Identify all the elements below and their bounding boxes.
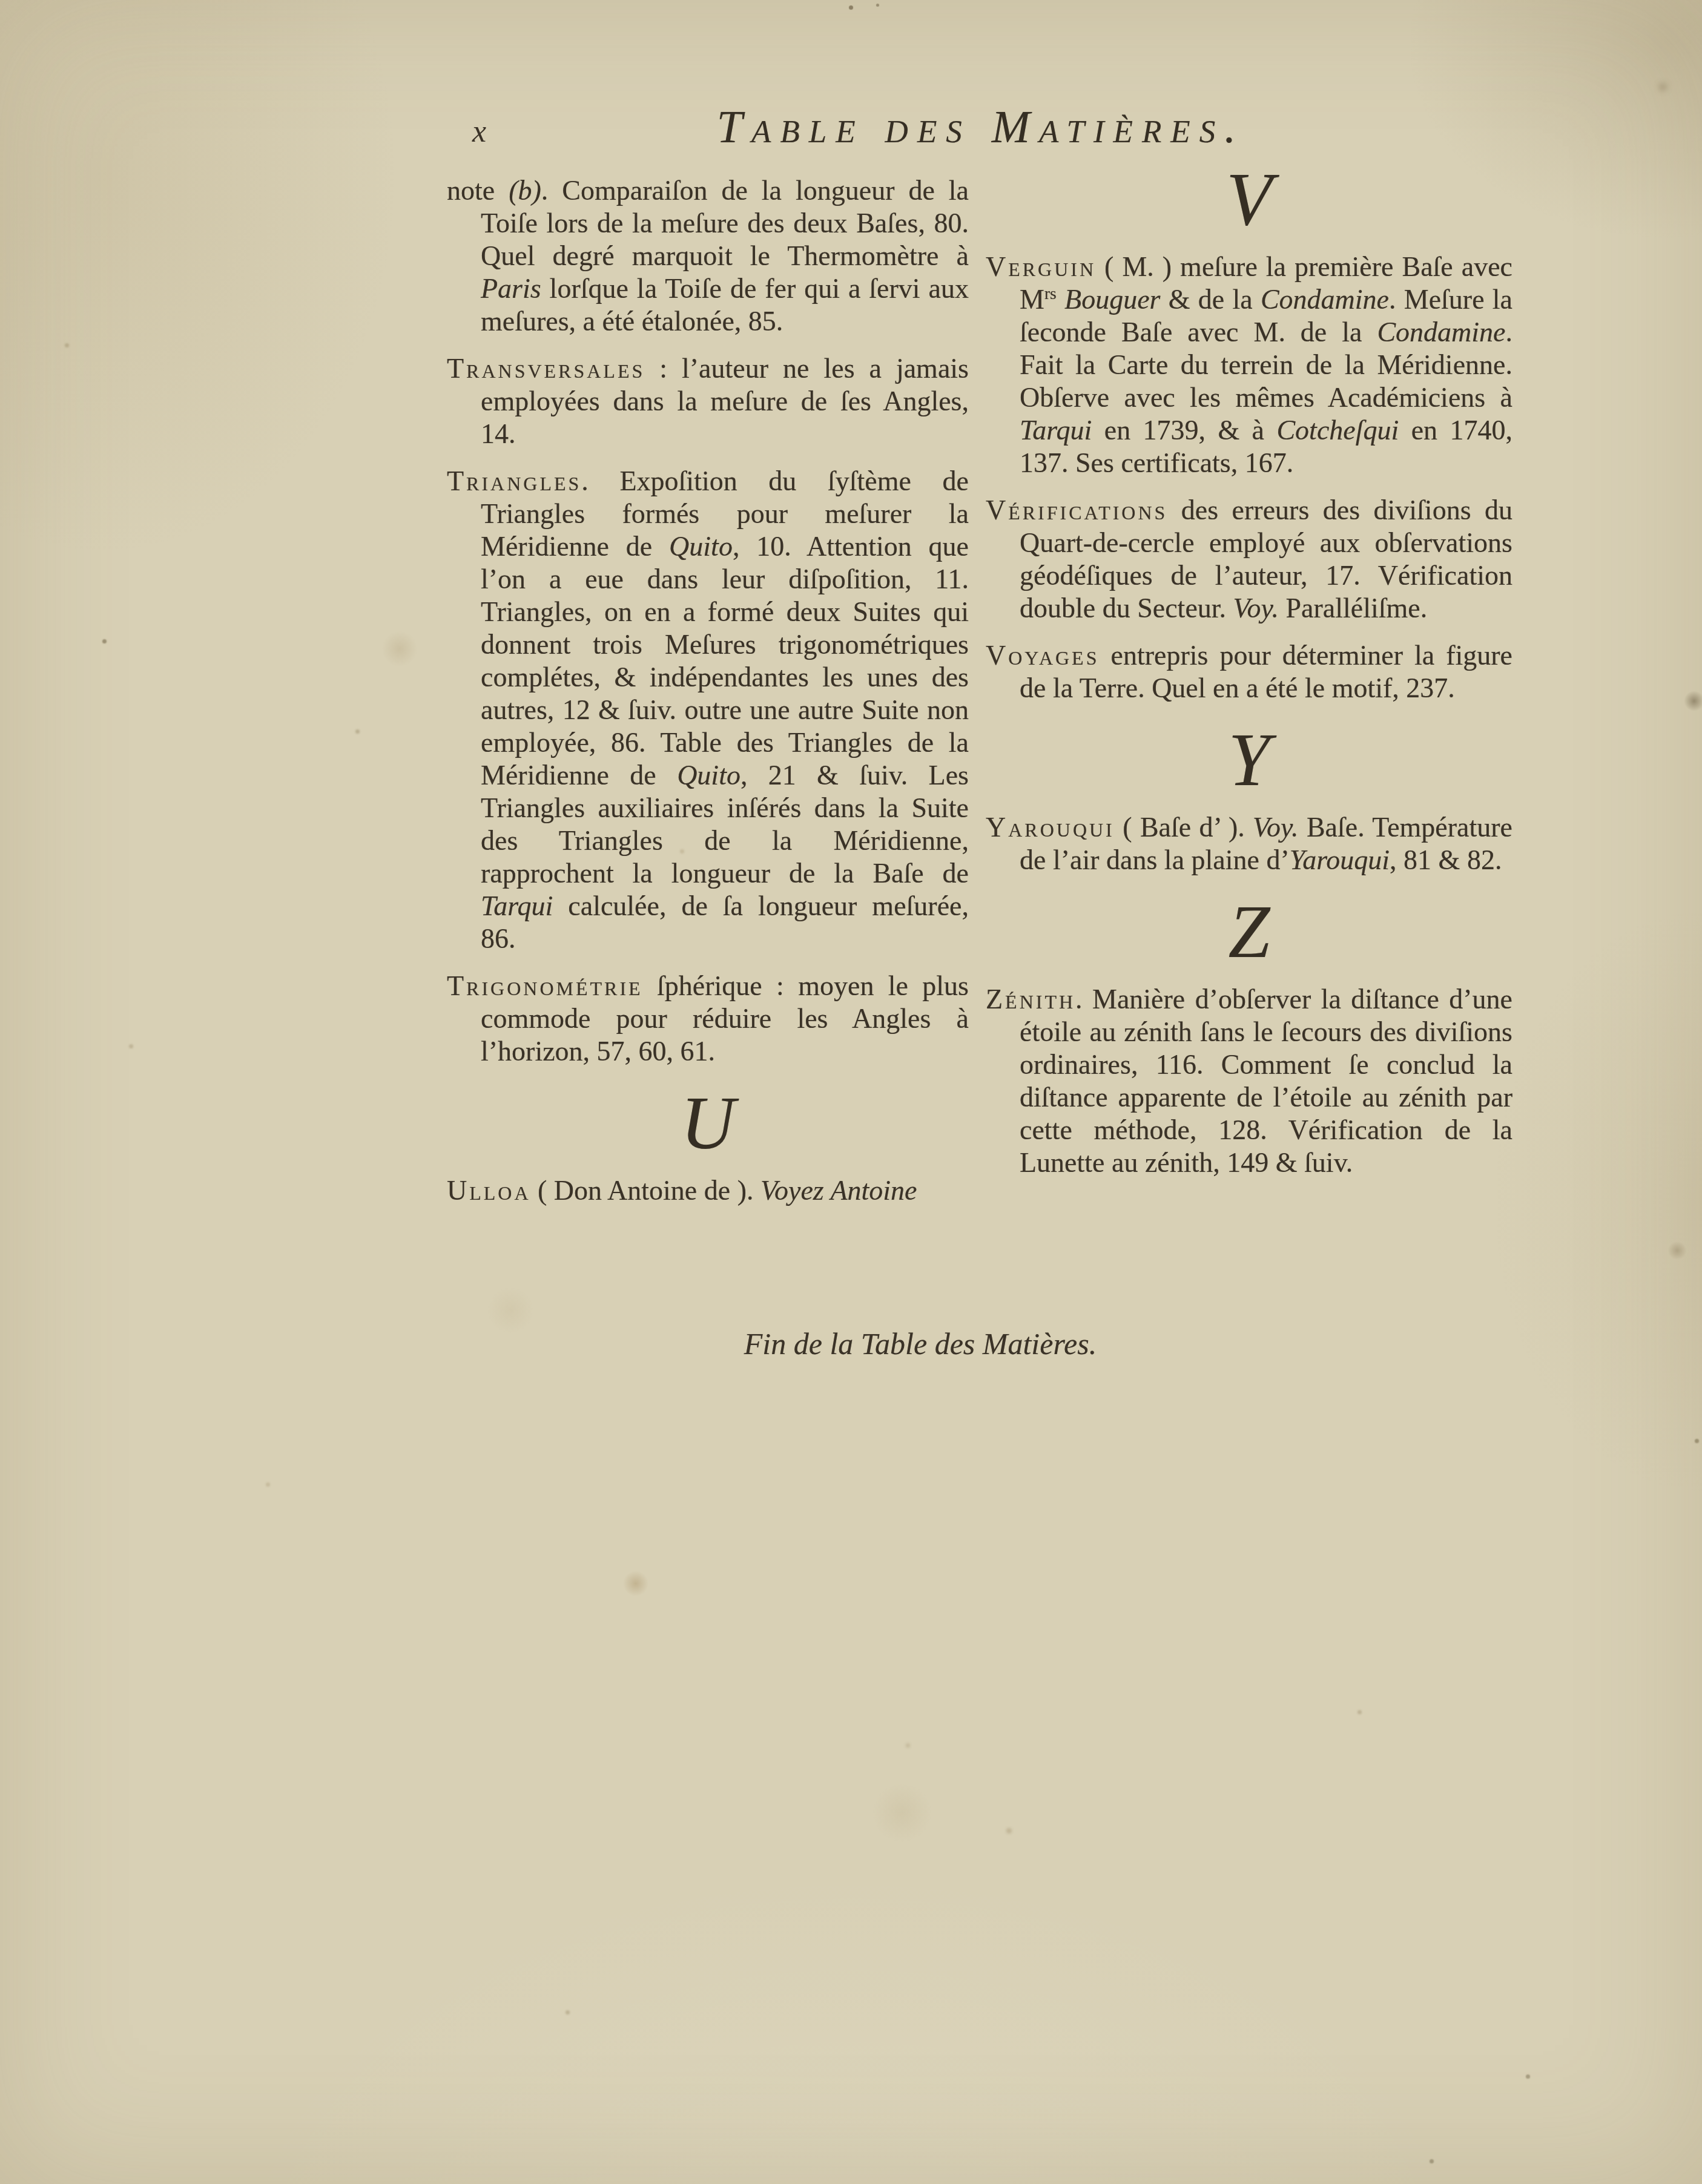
text-segment: lorſque la Toiſe de fer qui a ſervi aux … — [481, 273, 969, 337]
text-segment: , 81 & 82. — [1390, 844, 1502, 875]
text-segment: & de la — [1161, 284, 1261, 315]
text-segment — [1057, 284, 1064, 315]
index-entry: Vérifications des erreurs des diviſions … — [986, 494, 1512, 625]
text-segment: . Manière d’obſerver la diſtance d’une é… — [1020, 984, 1512, 1178]
left-column: note (b). Comparaiſon de la longueur de … — [447, 163, 969, 1207]
text-segment: . Comparaiſon de la longueur de la Toiſe… — [481, 175, 969, 271]
text-segment: en 1739, & à — [1092, 415, 1276, 446]
text-segment: ( Baſe d’ ). — [1115, 812, 1253, 843]
italic-text: (b) — [509, 175, 541, 206]
italic-text: Voyez Antoine — [760, 1175, 917, 1206]
entry-headword: Yarouqui — [986, 812, 1115, 843]
entry-headword: Voyages — [986, 640, 1099, 671]
continuation-paragraph: note (b). Comparaiſon de la longueur de … — [447, 174, 969, 338]
italic-text: Yarouqui — [1290, 844, 1390, 875]
italic-text: Tarqui — [481, 890, 553, 921]
entry-headword: Zénith — [986, 984, 1075, 1015]
entry-headword: Vérifications — [986, 495, 1167, 525]
text-segment: Paralléliſme. — [1279, 593, 1427, 623]
superscript-text: rs — [1044, 284, 1057, 303]
italic-text: Condamine — [1377, 317, 1505, 347]
italic-text: Quito — [669, 531, 733, 562]
index-entry: Verguin ( M. ) meſure la première Baſe a… — [986, 251, 1512, 479]
text-segment: ( Don Antoine de ). — [531, 1175, 760, 1206]
section-letter-z: Z — [986, 896, 1512, 969]
entry-headword: Transversales — [447, 353, 645, 384]
index-entry: Voyages entrepris pour déterminer la fig… — [986, 639, 1512, 705]
italic-text: Voy. — [1253, 812, 1298, 843]
page-title: Table des Matières. — [448, 104, 1514, 150]
section-letter-y: Y — [986, 724, 1512, 797]
italic-text: Cotcheſqui — [1276, 415, 1399, 446]
index-entry: Triangles. Expoſition du ſyſtème de Tria… — [447, 465, 969, 955]
italic-text: Quito — [677, 760, 741, 791]
text-segment: calculée, de ſa longueur meſurée, 86. — [481, 890, 969, 954]
entry-headword: Verguin — [986, 251, 1096, 282]
paper-specks — [0, 0, 3, 3]
italic-text: Bouguer — [1064, 284, 1160, 315]
right-column: VVerguin ( M. ) meſure la première Baſe … — [986, 163, 1512, 1179]
index-entry: Trigonométrie ſphérique : moyen le plus … — [447, 970, 969, 1068]
section-letter-v: V — [986, 163, 1512, 236]
entry-headword: Trigonométrie — [447, 970, 643, 1001]
italic-text: Tarqui — [1020, 415, 1092, 446]
italic-text: Paris — [481, 273, 541, 304]
index-entry: Transversales : l’auteur ne les a jamais… — [447, 352, 969, 450]
index-entry: Yarouqui ( Baſe d’ ). Voy. Baſe. Tempéra… — [986, 811, 1512, 877]
italic-text: Voy. — [1233, 593, 1279, 623]
section-letter-u: U — [447, 1087, 969, 1160]
footer-line: Fin de la Table des Matières. — [448, 1326, 1393, 1362]
index-entry: Ulloa ( Don Antoine de ). Voyez Antoine — [447, 1174, 969, 1207]
text-segment: note — [447, 175, 509, 206]
entry-headword: Triangles — [447, 465, 581, 496]
page-header: x Table des Matières. — [448, 0, 1514, 169]
text-segment: , 10. Attention que l’on a eue dans leur… — [481, 531, 969, 791]
book-page-scan: x Table des Matières. note (b). Comparai… — [0, 0, 1702, 2184]
entry-headword: Ulloa — [447, 1175, 531, 1206]
index-entry: Zénith. Manière d’obſerver la diſtance d… — [986, 983, 1512, 1179]
italic-text: Condamine — [1261, 284, 1389, 315]
